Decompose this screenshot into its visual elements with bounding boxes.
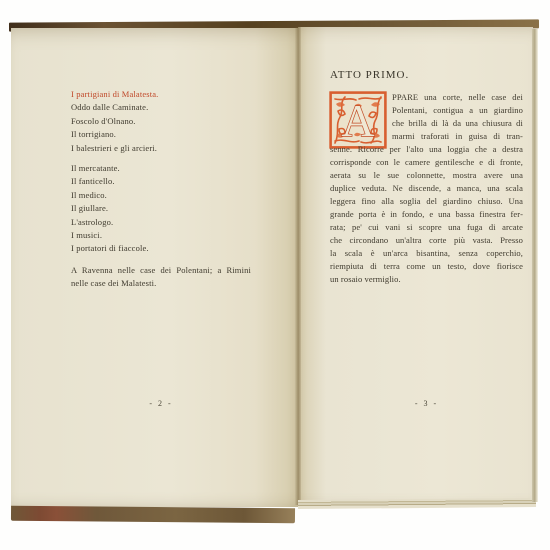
setting-note: A Ravenna nelle case dei Polentani; a Ri… <box>71 264 251 291</box>
stage-direction-line: aerata su le sue colonnette, mostra aver… <box>330 169 523 182</box>
stage-direction-full-lines: senne. Ricorre per l'alto una loggia che… <box>330 143 523 286</box>
book-photo: I partigiani di Malatesta. Oddo dalle Ca… <box>0 0 550 550</box>
cast-member: Oddo dalle Caminate. <box>71 101 251 114</box>
cast-member: Il fanticello. <box>71 175 251 188</box>
stage-direction-line: la scala è un'arca bisantina, senza cope… <box>330 247 523 260</box>
stage-direction-line: leggera fino alla soglia del giardino ch… <box>330 195 523 208</box>
stage-direction-line: senne. Ricorre per l'alto una loggia che… <box>330 143 523 156</box>
cast-group-1: Oddo dalle Caminate.Foscolo d'Olnano.Il … <box>71 101 251 155</box>
page-stack-bottom-edge <box>298 498 536 509</box>
stage-direction-line: Polentani, contigua a un giardino <box>392 104 523 117</box>
cast-member: I musici. <box>71 229 251 242</box>
cast-list: I partigiani di Malatesta. Oddo dalle Ca… <box>71 88 251 291</box>
cast-group-gap <box>71 155 251 162</box>
left-page-number: - 2 - <box>71 399 251 408</box>
stage-direction-line: grande porta è in fondo, e una bassa fin… <box>330 208 523 221</box>
cast-group-2: Il mercatante.Il fanticello.Il medico.Il… <box>71 162 251 256</box>
cast-member: I portatori di fiaccole. <box>71 242 251 255</box>
cast-member: I balestrieri e gli arcieri. <box>71 142 251 155</box>
cast-list-heading: I partigiani di Malatesta. <box>71 88 251 101</box>
cast-member: Il torrigiano. <box>71 128 251 141</box>
setting-note-line: A Ravenna nelle case dei Polentani; a Ri… <box>71 264 251 277</box>
right-page-number: - 3 - <box>330 399 523 408</box>
stage-direction-line: che circondano un'altra corte più vasta.… <box>330 234 523 247</box>
stage-direction-line: marmi traforati in guisa di tran- <box>392 130 523 143</box>
cast-member: Il medico. <box>71 189 251 202</box>
cast-member: Il mercatante. <box>71 162 251 175</box>
stage-direction-line: riempiuta di terra come un testo, dove f… <box>330 260 523 273</box>
stage-direction-line: un rosaio vermiglio. <box>330 273 523 286</box>
setting-note-line: nelle case dei Malatesti. <box>71 277 251 290</box>
stage-direction-line: che brilla di là da una chiusura di <box>392 117 523 130</box>
cast-member: L'astrologo. <box>71 216 251 229</box>
act-heading: ATTO PRIMO. <box>330 69 409 81</box>
page-stack-right-edge <box>532 29 538 502</box>
stage-direction-indented-lines: PPARE una corte, nelle case deiPolentani… <box>330 91 523 143</box>
book-cover-bottom-edge <box>11 506 295 523</box>
cast-member: Il giullare. <box>71 202 251 215</box>
stage-direction-line: rata; pe' cui vani si scopre una fuga di… <box>330 221 523 234</box>
stage-direction-line: duplice veduta. Ne discende, a manca, un… <box>330 182 523 195</box>
stage-direction-line: PPARE una corte, nelle case dei <box>392 91 523 104</box>
cast-member: Foscolo d'Olnano. <box>71 115 251 128</box>
stage-direction-paragraph: PPARE una corte, nelle case deiPolentani… <box>330 91 523 286</box>
book-gutter <box>295 27 301 505</box>
stage-direction-line: corrisponde con le camere gentilesche e … <box>330 156 523 169</box>
